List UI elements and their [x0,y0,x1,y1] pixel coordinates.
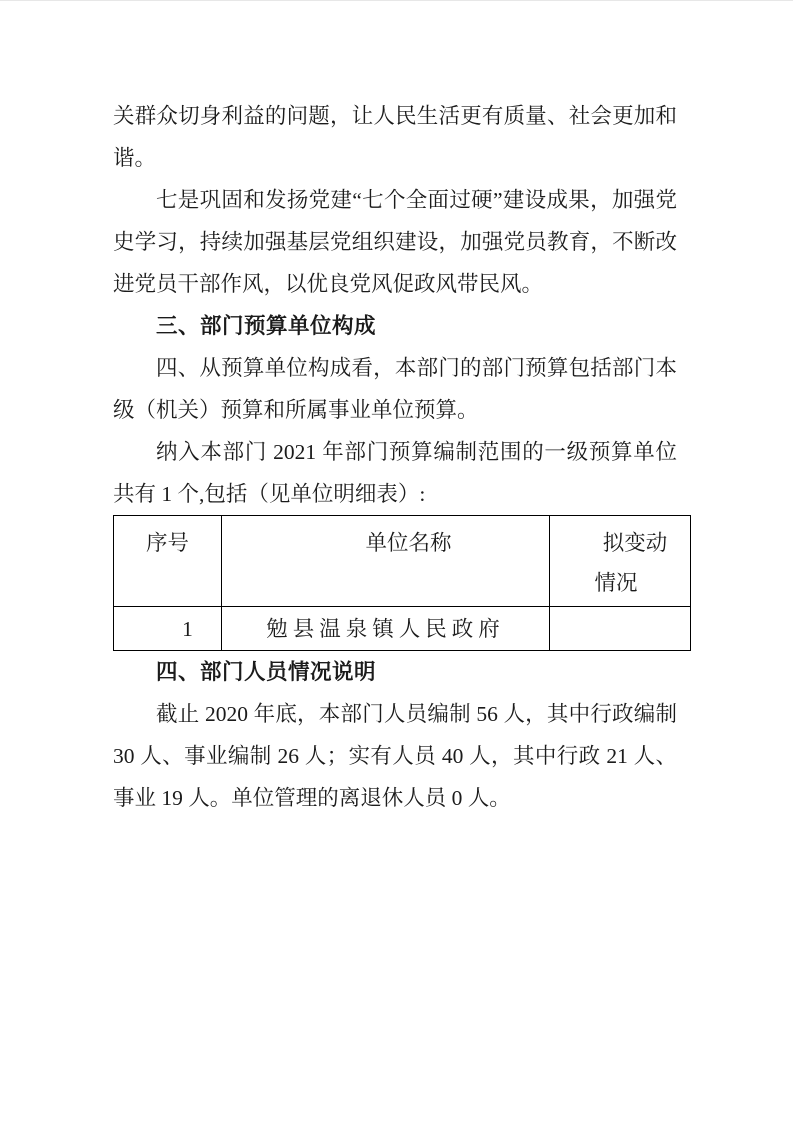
heading-unit-composition: 三、部门预算单位构成 [113,305,677,347]
table-header-unit-name-label: 单位名称 [365,523,451,563]
table-header-row: 序号 单位名称 拟变动 情况 [114,516,691,607]
table-header-change: 拟变动 情况 [550,516,691,607]
budget-units-table: 序号 单位名称 拟变动 情况 1 勉县温泉镇人民政府 [113,515,691,651]
heading-personnel: 四、部门人员情况说明 [113,651,677,693]
table-cell-change [550,607,691,651]
paragraph-carryover: 关群众切身利益的问题，让人民生活更有质量、社会更加和谐。 [113,95,677,179]
table-cell-index: 1 [114,607,222,651]
table-header-change-line1: 拟变动 [565,523,705,563]
paragraph-party-building: 七是巩固和发扬党建“七个全面过硬”建设成果，加强党史学习，持续加强基层党组织建设… [113,179,677,305]
document-page: 关群众切身利益的问题，让人民生活更有质量、社会更加和谐。 七是巩固和发扬党建“七… [0,0,793,1122]
table-row: 1 勉县温泉镇人民政府 [114,607,691,651]
table-header-change-line2: 情况 [546,563,686,603]
paragraph-unit-composition: 四、从预算单位构成看，本部门的部门预算包括部门本级（机关）预算和所属事业单位预算… [113,347,677,431]
table-cell-unit-name: 勉县温泉镇人民政府 [222,607,550,651]
paragraph-personnel: 截止 2020 年底，本部门人员编制 56 人，其中行政编制 30 人、事业编制… [113,693,677,819]
table-header-index: 序号 [114,516,222,607]
table-header-unit-name: 单位名称 [222,516,550,607]
table-cell-index-value: 1 [182,617,193,641]
paragraph-unit-scope: 纳入本部门 2021 年部门预算编制范围的一级预算单位共有 1 个,包括（见单位… [113,431,677,515]
